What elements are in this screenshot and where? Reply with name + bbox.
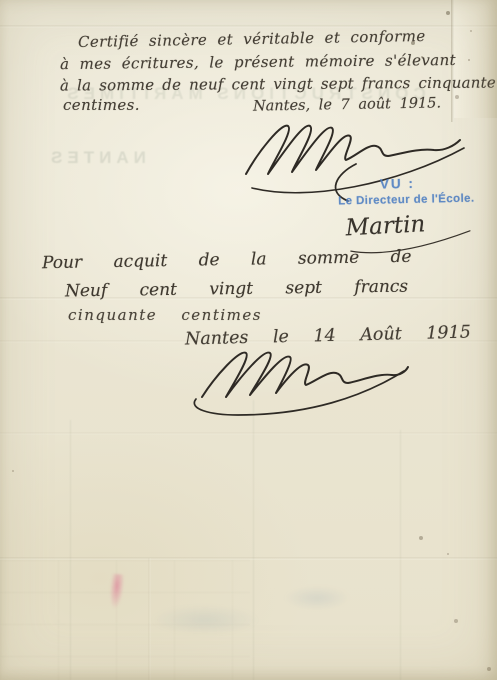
certification-line: Certifié sincère et véritable et conform… — [78, 27, 426, 51]
foxing-specks — [0, 0, 2, 2]
faint-ink-bleed — [284, 586, 350, 610]
show-through-rule — [400, 430, 401, 680]
certification-line: à la somme de neuf cent vingt sept franc… — [60, 73, 496, 94]
certification-line: centimes. — [63, 96, 140, 114]
certification-line: à mes écritures, le présent mémoire s'él… — [60, 51, 456, 73]
receipt-line: Pour acquit de la somme de — [42, 247, 412, 273]
stamp-vu-label: VU : — [338, 175, 478, 193]
receipt-line: cinquante centimes — [68, 306, 262, 324]
official-stamp: VU : Le Directeur de l'École. — [338, 175, 479, 208]
paper-crease — [0, 557, 497, 560]
document-scan: CONSTRUCTIONS MARITIMES NANTES Certifié … — [0, 0, 497, 680]
paper-fold-band — [454, 0, 497, 118]
show-through-rule — [70, 420, 71, 680]
faint-ink-bleed — [150, 605, 260, 635]
show-through-rule — [253, 400, 254, 680]
show-through-city: NANTES — [46, 148, 146, 168]
paper-crease — [0, 432, 497, 435]
signature-director-name: Martin — [345, 211, 426, 241]
signature-flourish-2 — [158, 345, 410, 427]
